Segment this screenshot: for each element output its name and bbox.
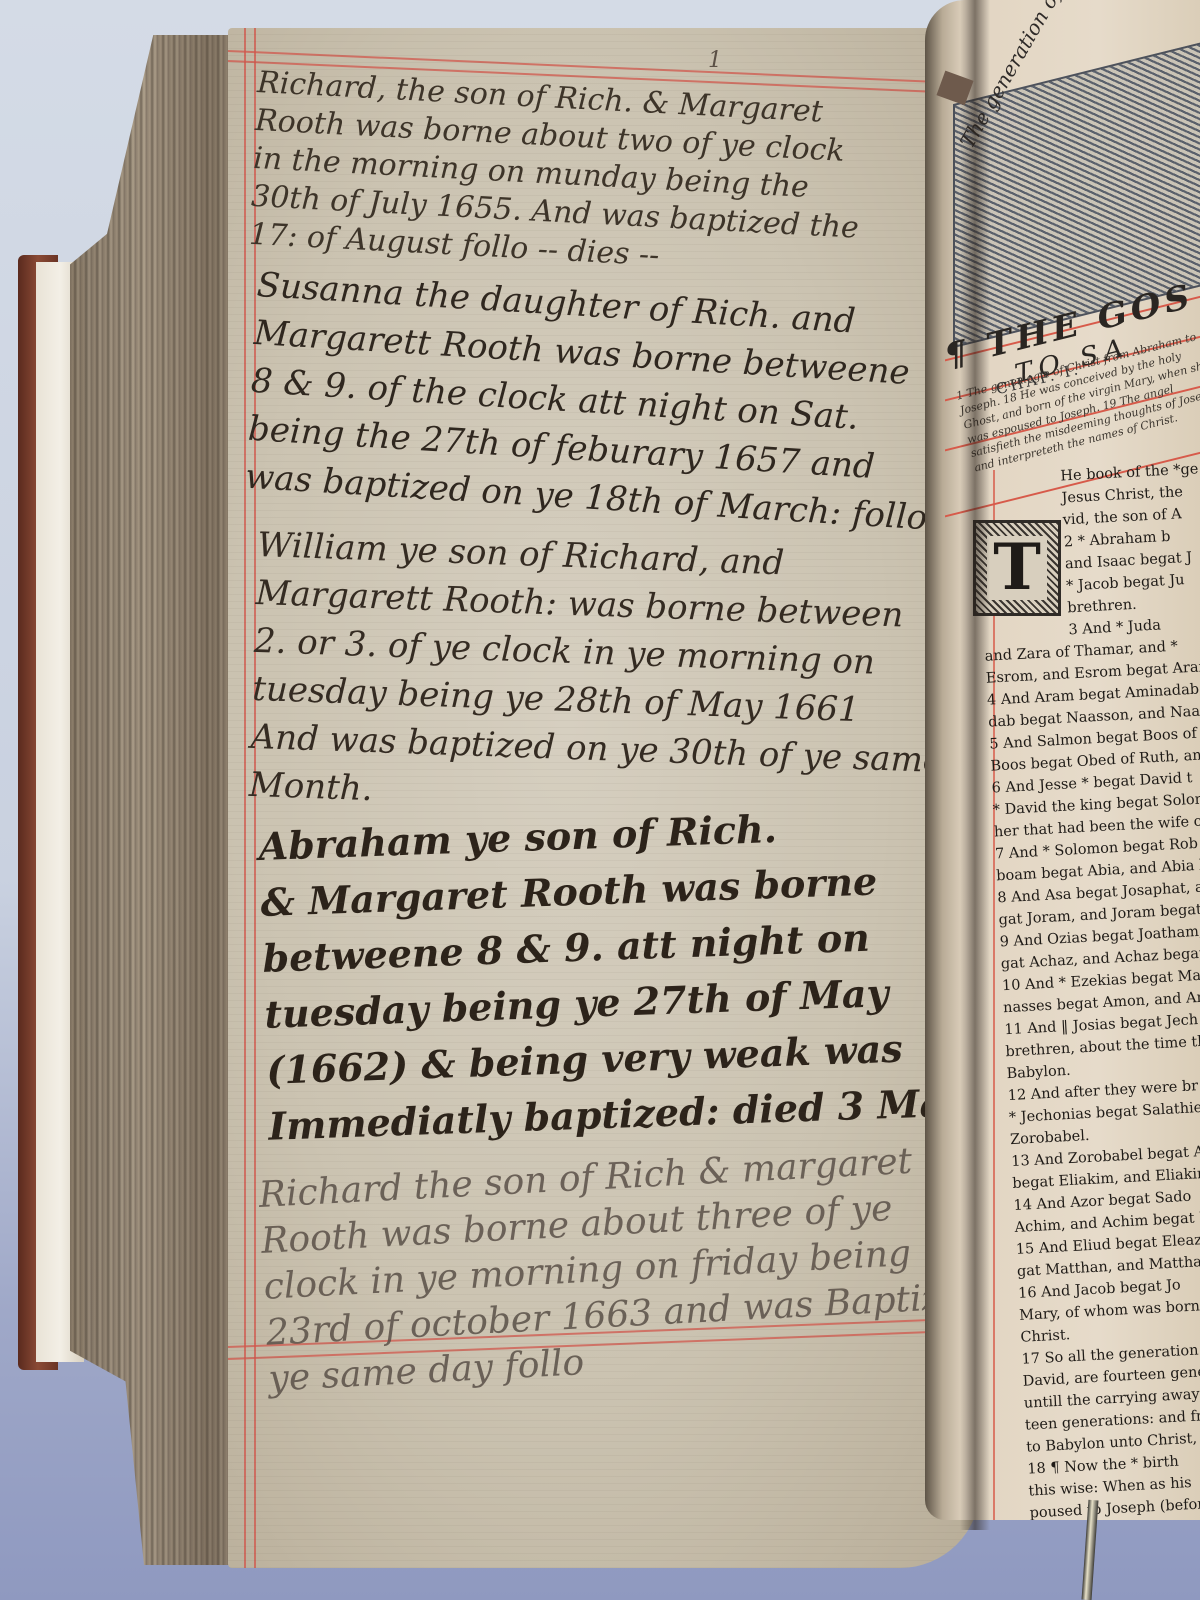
entry-line: (1662) & being very weak was xyxy=(266,1027,969,1089)
red-rule xyxy=(228,1329,979,1360)
entry-line: Margarett Rooth: was borne between xyxy=(255,576,958,634)
red-rule xyxy=(228,60,979,95)
entry-line: Rooth was borne about two of ye clock xyxy=(254,106,957,173)
gutter-shadow xyxy=(960,0,990,1530)
red-rule xyxy=(254,28,256,1568)
entry-line: 30th of July 1655. And was baptized the xyxy=(250,182,953,249)
entry-line: clock in ye morning on friday being xyxy=(263,1233,966,1306)
entry-line: Rooth was borne about three of ye xyxy=(260,1187,963,1260)
entry-line: tuesday being ye 27th of May xyxy=(264,971,967,1033)
entry-line: And was baptized on ye 30th of ye same xyxy=(250,720,953,778)
entry-line: 23rd of october 1663 and was Baptized xyxy=(265,1279,968,1352)
red-rule xyxy=(244,28,246,1568)
entry-richard-1655: Richard, the son of Rich. & Margaret Roo… xyxy=(248,68,959,286)
entry-susanna-1657: Susanna the daughter of Rich. and Margar… xyxy=(244,268,958,536)
entry-william-1661: William ye son of Richard, and Margarett… xyxy=(248,528,959,826)
entry-line: William ye son of Richard, and xyxy=(257,528,960,586)
red-rule xyxy=(228,1317,979,1348)
entry-line: Richard the son of Rich & margaret xyxy=(258,1141,961,1214)
entry-line: 8 & 9. of the clock att night on Sat. xyxy=(250,364,953,441)
entry-line: tuesday being ye 28th of May 1661 xyxy=(252,672,955,730)
entry-line: 17: of August follo -- dies -- xyxy=(248,220,951,287)
entry-line: being the 27th of feburary 1657 and xyxy=(247,412,950,489)
entry-line: in the morning on munday being the xyxy=(252,144,955,211)
manuscript-page: 1 Richard, the son of Rich. & Margaret R… xyxy=(228,28,980,1568)
entry-line: Margarett Rooth was borne betweene xyxy=(253,316,956,393)
entry-line: 2. or 3. of ye clock in ye morning on xyxy=(253,624,956,682)
entry-line: Month. xyxy=(248,768,951,826)
entry-richard-1663: Richard the son of Rich & margaret Rooth… xyxy=(258,1141,971,1397)
red-rule xyxy=(228,50,979,85)
entry-line: Susanna the daughter of Rich. and xyxy=(256,268,959,345)
entry-line: betweene 8 & 9. att night on xyxy=(262,915,965,977)
entry-line: & Margaret Rooth was borne xyxy=(260,859,963,921)
entry-abraham-1662: Abraham ye son of Rich. & Margaret Rooth… xyxy=(258,804,971,1146)
entry-line: Richard, the son of Rich. & Margaret xyxy=(256,68,959,135)
page-mark: 1 xyxy=(708,48,722,73)
entry-line: was baptized on ye 18th of March: follo. xyxy=(244,460,947,537)
entry-line: ye same day follo xyxy=(268,1325,971,1398)
photo-scene: 1 Richard, the son of Rich. & Margaret R… xyxy=(0,0,1200,1600)
entry-line: Immediatly baptized: died 3 May xyxy=(268,1083,971,1145)
entry-line: Abraham ye son of Rich. xyxy=(258,804,961,866)
verse-column: He book of the *ge Jesus Christ, the vid… xyxy=(975,456,1200,1520)
